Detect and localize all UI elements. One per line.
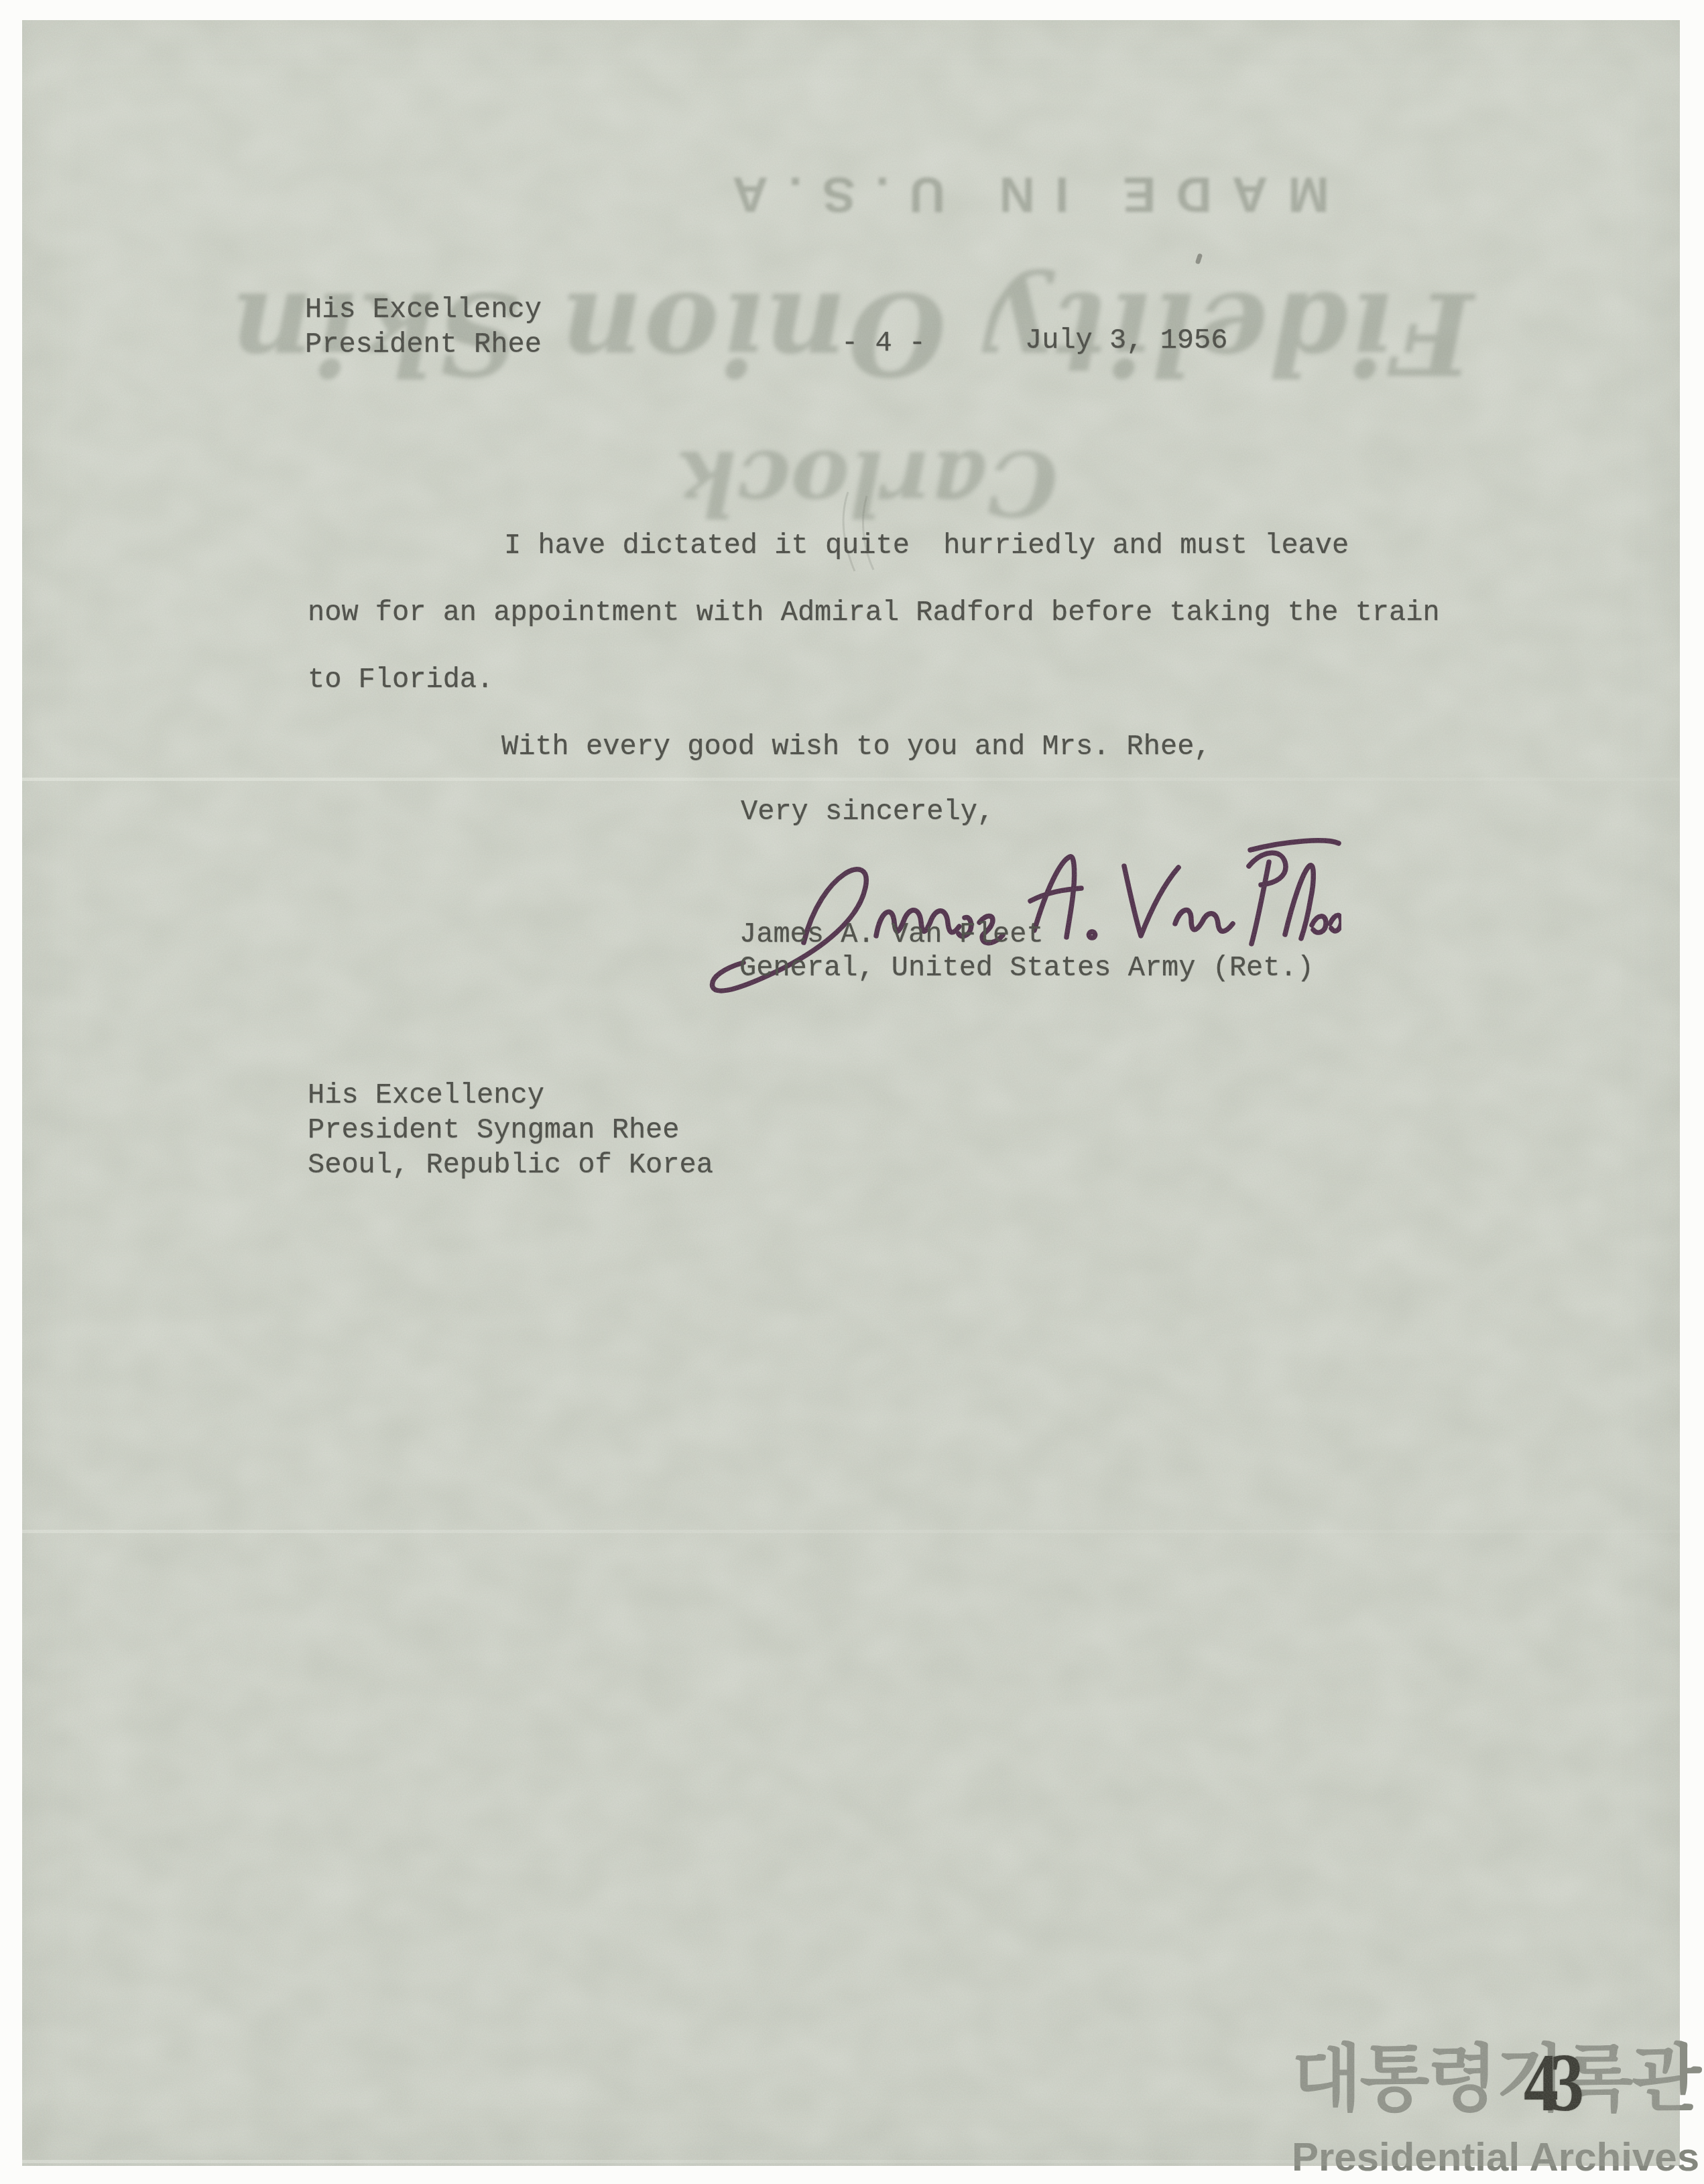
ink-speck [1195,253,1203,264]
archive-logo-english: Presidential Archives [1270,2135,1699,2179]
paper-crease [22,1530,1680,1533]
letter-paper: MADE IN U.S.A Fidelity Onion Skin Carloc… [22,20,1680,2166]
body-line: to Florida. [308,662,493,697]
typed-signer-name: James A. Van Fleet [739,917,1044,952]
watermark-made-in-usa: MADE IN U.S.A [719,166,1329,223]
page-number: - 4 - [841,326,926,361]
recipient-address-line-2: President Syngman Rhee [308,1113,680,1148]
header-addressee-line-2: President Rhee [305,327,542,362]
paper-crease [22,778,1680,781]
archive-logo-korean: 대통령기록관 [1270,2037,1699,2120]
valediction: Very sincerely, [741,794,994,829]
page-number-stamp: 43 [1524,2037,1575,2130]
closing-line: With every good wish to you and Mrs. Rhe… [501,729,1211,764]
letter-date: July 3, 1956 [1025,323,1227,358]
recipient-address-line-1: His Excellency [308,1078,544,1113]
recipient-address-line-3: Seoul, Republic of Korea [308,1148,713,1182]
scanned-letter-page: { "page": { "header": { "addressee_line1… [0,0,1704,2184]
watermark-maker-script: Carlock [652,430,1081,534]
body-line: I have dictated it quite hurriedly and m… [504,528,1349,563]
body-line: now for an appointment with Admiral Radf… [308,595,1440,630]
header-addressee-line-1: His Excellency [305,292,542,327]
typed-signer-title: General, United States Army (Ret.) [739,951,1314,985]
